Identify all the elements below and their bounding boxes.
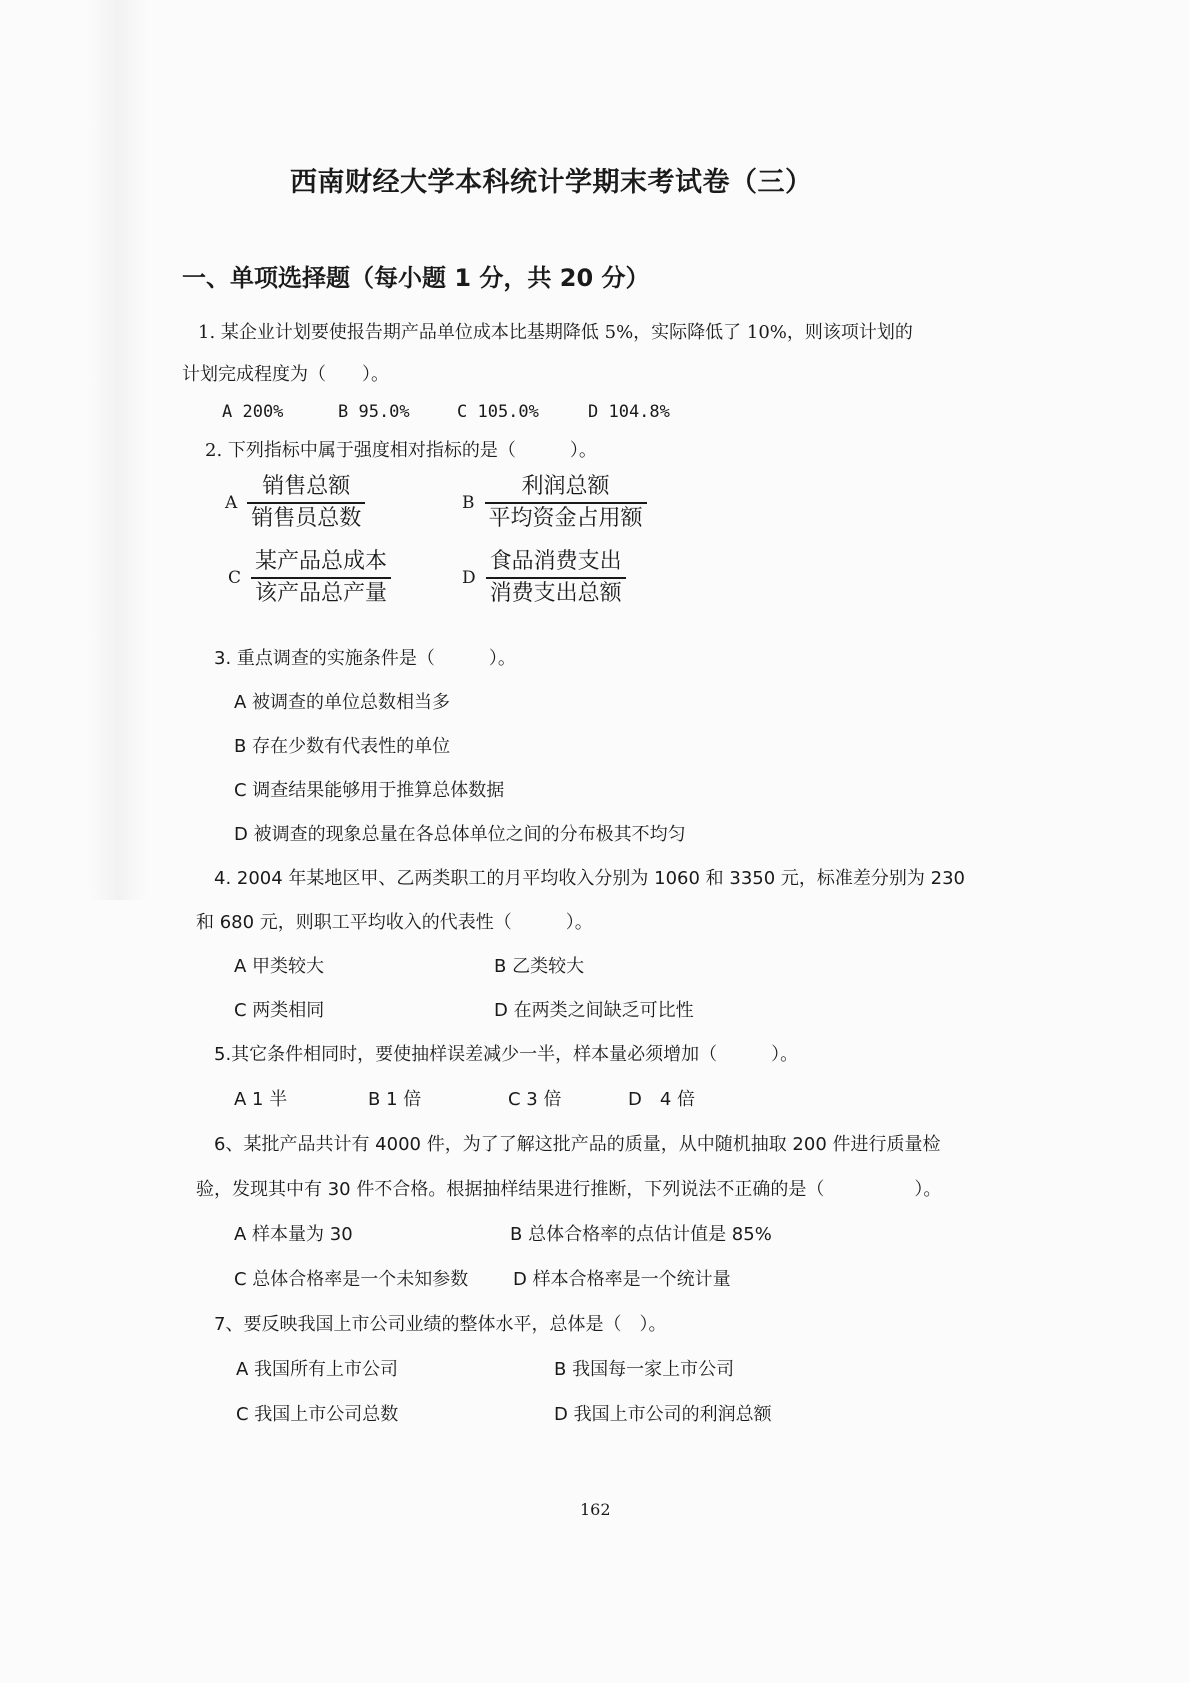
option-a: A 我国所有上市公司 [236, 1355, 398, 1381]
question-text: 4. 2004 年某地区甲、乙两类职工的月平均收入分别为 1060 和 3350… [214, 864, 965, 890]
numerator: 食品消费支出 [486, 547, 626, 577]
option-b: B 乙类较大 [494, 952, 584, 978]
numerator: 销售总额 [258, 472, 354, 502]
page-number: 162 [580, 1500, 611, 1519]
question-text-cont: 计划完成程度为（ ）。 [182, 360, 389, 386]
option-b: B 1 倍 [368, 1085, 421, 1111]
question-text: 6、某批产品共计有 4000 件，为了了解这批产品的质量，从中随机抽取 200 … [214, 1130, 941, 1156]
scan-shadow [88, 0, 148, 900]
option-c: C 调查结果能够用于推算总体数据 [234, 776, 504, 802]
question-text-cont: 和 680 元，则职工平均收入的代表性（ ）。 [196, 908, 593, 934]
option-d: D 我国上市公司的利润总额 [554, 1400, 772, 1426]
option-c-fraction: C 某产品总成本 该产品总产量 [228, 547, 391, 609]
option-label: C [228, 568, 241, 588]
option-b: B 95.0% [338, 402, 410, 422]
option-a: A 200% [222, 402, 283, 422]
option-c: C 两类相同 [234, 996, 324, 1022]
section-heading: 一、单项选择题（每小题 1 分，共 20 分） [182, 258, 650, 293]
denominator: 该产品总产量 [251, 579, 391, 609]
option-d: D 样本合格率是一个统计量 [513, 1265, 731, 1291]
option-c: C 105.0% [457, 402, 539, 422]
question-text: 2. 下列指标中属于强度相对指标的是（ ）。 [205, 436, 597, 462]
option-d: D 在两类之间缺乏可比性 [494, 996, 694, 1022]
numerator: 某产品总成本 [251, 547, 391, 577]
question-text: 7、要反映我国上市公司业绩的整体水平，总体是（ ）。 [214, 1310, 666, 1336]
option-label: A [225, 493, 237, 513]
option-a: A 样本量为 30 [234, 1220, 353, 1246]
question-text-cont: 验，发现其中有 30 件不合格。根据抽样结果进行推断，下列说法不正确的是（ ）。 [196, 1175, 941, 1201]
option-label: D [462, 568, 476, 588]
option-a-fraction: A 销售总额 销售员总数 [225, 472, 365, 534]
option-b: B 我国每一家上市公司 [554, 1355, 734, 1381]
numerator: 利润总额 [518, 472, 614, 502]
option-c: C 3 倍 [508, 1085, 561, 1111]
option-b-fraction: B 利润总额 平均资金占用额 [462, 472, 647, 534]
option-a: A 1 半 [234, 1085, 287, 1111]
question-text: 5.其它条件相同时，要使抽样误差减少一半，样本量必须增加（ ）。 [214, 1040, 798, 1066]
exam-title: 西南财经大学本科统计学期末考试卷（三） [290, 160, 813, 199]
option-c: C 我国上市公司总数 [236, 1400, 398, 1426]
option-b: B 存在少数有代表性的单位 [234, 732, 450, 758]
denominator: 平均资金占用额 [485, 504, 647, 534]
option-c: C 总体合格率是一个未知参数 [234, 1265, 468, 1291]
option-b: B 总体合格率的点估计值是 85% [510, 1220, 772, 1246]
denominator: 消费支出总额 [486, 579, 626, 609]
question-text: 3. 重点调查的实施条件是（ ）。 [214, 644, 516, 670]
question-text: 1. 某企业计划要使报告期产品单位成本比基期降低 5%，实际降低了 10%，则该… [198, 318, 913, 344]
option-a: A 被调查的单位总数相当多 [234, 688, 450, 714]
option-d: D 被调查的现象总量在各总体单位之间的分布极其不均匀 [234, 820, 686, 846]
option-d-fraction: D 食品消费支出 消费支出总额 [462, 547, 626, 609]
option-a: A 甲类较大 [234, 952, 324, 978]
option-d: D 104.8% [588, 402, 670, 422]
option-label: B [462, 493, 475, 513]
denominator: 销售员总数 [247, 504, 365, 534]
option-d: D 4 倍 [628, 1085, 695, 1111]
